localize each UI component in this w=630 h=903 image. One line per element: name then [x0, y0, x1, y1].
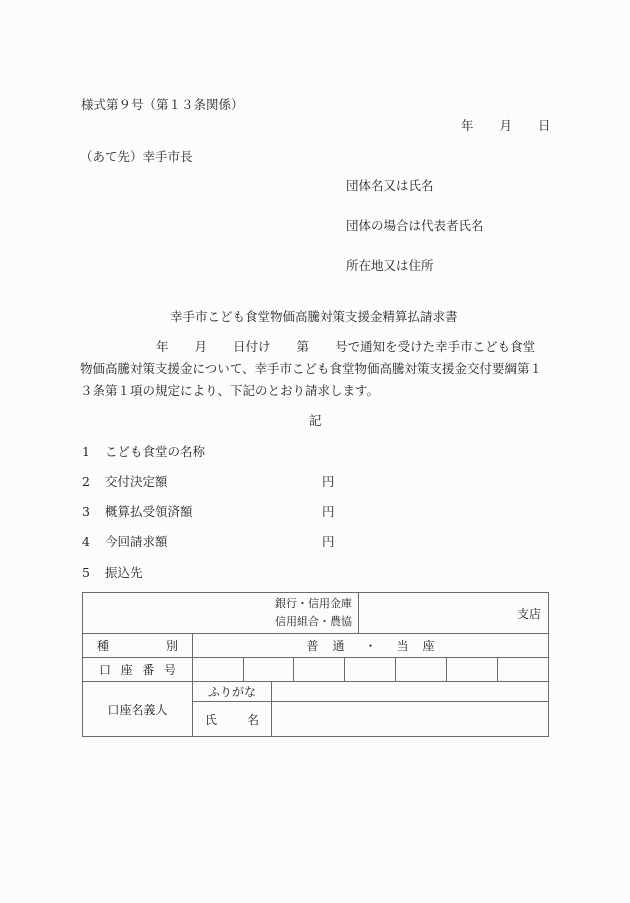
account-number-row: 口 座 番 号: [83, 658, 549, 682]
account-digit-2[interactable]: [244, 658, 294, 682]
label-char: 口: [99, 661, 111, 678]
label-char: 座: [121, 661, 133, 678]
item-3-label: 概算払受領済額: [105, 506, 193, 519]
char: 当: [397, 639, 409, 653]
applicant-name-label: 団体名又は氏名: [346, 180, 434, 193]
account-holder-label: 口座名義人: [83, 682, 193, 737]
form-number: 様式第９号（第１３条関係）: [81, 99, 244, 112]
item-5-number: 5: [82, 567, 90, 580]
body-line1-rest: 号で通知を受けた幸手市こども食堂: [335, 339, 535, 354]
char: 普: [306, 639, 318, 653]
document-title: 幸手市こども食堂物価高騰対策支援金精算払請求書: [170, 311, 458, 324]
account-digit-4[interactable]: [345, 658, 396, 682]
item-4-number: 4: [82, 536, 90, 549]
addressee: （あて先）幸手市長: [80, 151, 193, 164]
furigana-input[interactable]: [272, 682, 549, 702]
label-char: 別: [166, 637, 178, 654]
holder-name-label: 氏 名: [193, 702, 272, 737]
item-1-label: こども食堂の名称: [105, 446, 205, 459]
item-4-label: 今回請求額: [105, 536, 168, 549]
label-char: 号: [164, 661, 176, 678]
bank-type-line-1: 銀行・信用金庫: [83, 595, 352, 613]
date-day: 日: [538, 118, 551, 133]
body-year: 年: [156, 339, 169, 354]
branch-name-cell[interactable]: 支店: [359, 593, 549, 634]
label-char: 名: [247, 711, 259, 728]
body-date-suffix: 日付け: [233, 339, 271, 354]
bank-transfer-table: 銀行・信用金庫 信用組合・農協 支店 種 別 普通・当座 口 座: [82, 592, 549, 737]
account-digit-6[interactable]: [447, 658, 498, 682]
bank-name-cell[interactable]: 銀行・信用金庫 信用組合・農協: [83, 593, 359, 634]
furigana-row: 口座名義人 ふりがな: [83, 682, 549, 702]
date-month: 月: [500, 118, 513, 133]
branch-suffix: 支店: [517, 607, 541, 621]
label-char: 種: [97, 637, 109, 654]
item-4-unit: 円: [322, 536, 335, 549]
item-3-unit: 円: [322, 506, 335, 519]
account-number-label: 口 座 番 号: [83, 658, 193, 682]
item-5-label: 振込先: [105, 567, 143, 580]
body-month: 月: [195, 339, 208, 354]
body-line-3: ３条第１項の規定により、下記のとおり請求します。: [80, 385, 379, 398]
ki-heading: 記: [309, 415, 322, 428]
account-digit-1[interactable]: [193, 658, 244, 682]
item-2-number: 2: [82, 476, 90, 489]
account-digit-7[interactable]: [498, 658, 549, 682]
option-toza[interactable]: 当座: [397, 639, 435, 653]
char: 通: [332, 639, 344, 653]
bank-row: 銀行・信用金庫 信用組合・農協 支店: [83, 593, 549, 634]
representative-name-label: 団体の場合は代表者氏名: [346, 220, 484, 233]
item-2-label: 交付決定額: [105, 476, 168, 489]
account-digit-3[interactable]: [294, 658, 345, 682]
char: 座: [423, 639, 435, 653]
account-type-options[interactable]: 普通・当座: [193, 634, 549, 658]
item-3-number: 3: [82, 506, 90, 519]
furigana-label: ふりがな: [193, 682, 272, 702]
bank-type-line-2: 信用組合・農協: [83, 613, 352, 631]
account-digit-5[interactable]: [396, 658, 447, 682]
item-2-unit: 円: [322, 476, 335, 489]
item-1-number: 1: [82, 446, 90, 459]
account-type-row: 種 別 普通・当座: [83, 634, 549, 658]
body-number-prefix: 第: [297, 339, 310, 354]
holder-name-input[interactable]: [272, 702, 549, 737]
date-year: 年: [461, 118, 474, 133]
account-type-label: 種 別: [83, 634, 193, 658]
separator: ・: [365, 639, 377, 653]
body-line-2: 物価高騰対策支援金について、幸手市こども食堂物価高騰対策支援金交付要綱第１: [80, 363, 542, 376]
label-char: 氏: [205, 711, 217, 728]
option-futsu[interactable]: 普通: [306, 639, 344, 653]
date-line: 年月日: [461, 120, 551, 133]
label-char: 番: [142, 661, 154, 678]
body-line-1: 年月日付け第号で通知を受けた幸手市こども食堂: [156, 341, 535, 354]
claim-form-document: 様式第９号（第１３条関係） 年月日 （あて先）幸手市長 団体名又は氏名 団体の場…: [0, 0, 630, 903]
address-label: 所在地又は住所: [346, 260, 434, 273]
